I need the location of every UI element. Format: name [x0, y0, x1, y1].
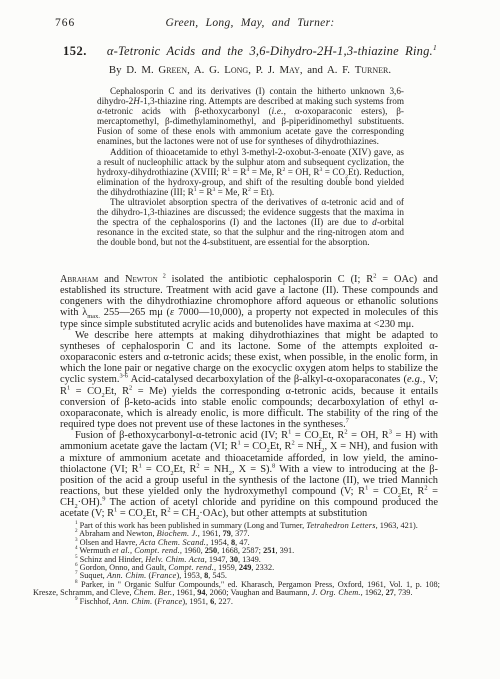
- body-paragraph-3: Fusion of β-ethoxycarbonyl-α-tetronic ac…: [60, 430, 438, 519]
- abstract-paragraph-2: Addition of thioacetamide to ethyl 3-met…: [97, 147, 404, 197]
- article-number: 152.: [63, 44, 87, 58]
- page-number: 766: [55, 17, 75, 29]
- article-body: Abraham and Newton 2 isolated the antibi…: [60, 274, 438, 519]
- byline: By D. M. Green, A. G. Long, P. J. May, a…: [0, 64, 500, 76]
- body-paragraph-2: We describe here attempts at making dihy…: [60, 330, 438, 430]
- abstract-paragraph-1: Cephalosporin C and its derivatives (I) …: [97, 86, 404, 147]
- journal-page: 766 Green, Long, May, and Turner: 152.α-…: [0, 0, 500, 679]
- body-paragraph-1: Abraham and Newton 2 isolated the antibi…: [60, 274, 438, 330]
- footnote-8: 8 Parker, in " Organic Sulfur Compounds,…: [33, 581, 440, 598]
- footnotes: 1 Part of this work has been published i…: [33, 522, 440, 606]
- abstract-paragraph-3: The ultraviolet absorption spectra of th…: [97, 197, 404, 247]
- article-title: α-Tetronic Acids and the 3,6-Dihydro-2H-…: [107, 44, 437, 58]
- footnote-9: 9 Fischhof, Ann. Chim. (France), 1951, 6…: [33, 598, 440, 606]
- article-heading: 152.α-Tetronic Acids and the 3,6-Dihydro…: [0, 44, 500, 59]
- abstract: Cephalosporin C and its derivatives (I) …: [97, 86, 404, 248]
- page-header: 766 Green, Long, May, and Turner:: [0, 17, 500, 33]
